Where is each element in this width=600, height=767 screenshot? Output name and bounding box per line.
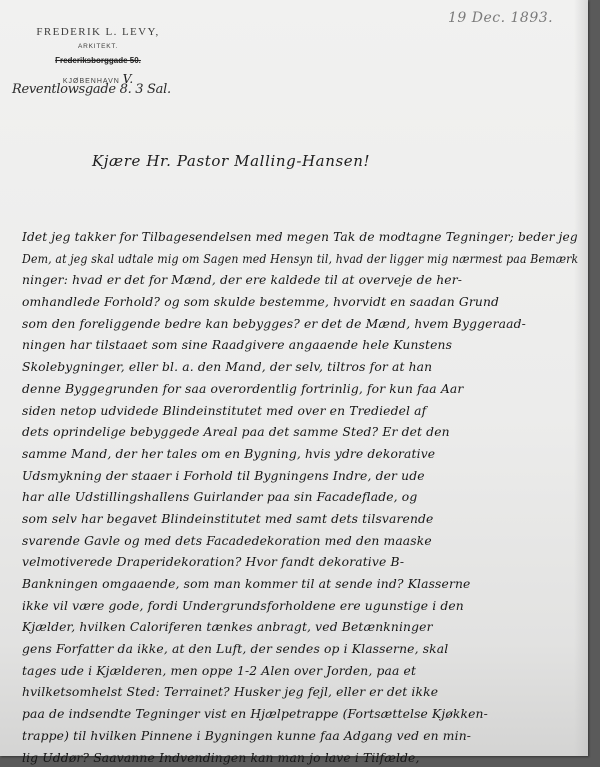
letter-date: 19 Dec. 1893. [448, 10, 553, 26]
letter-line: ikke vil være gode, fordi Undergrundsfor… [22, 595, 578, 617]
letter-body: Idet jeg takker for Tilbagesendelsen med… [22, 226, 582, 767]
letter-line: samme Mand, der her tales om en Bygning,… [22, 443, 578, 465]
salutation: Kjære Hr. Pastor Malling-Hansen! [92, 152, 370, 170]
letter-line: Idet jeg takker for Tilbagesendelsen med… [22, 226, 573, 248]
letter-line: Udsmykning der staaer i Forhold til Bygn… [22, 465, 578, 487]
letter-line: denne Byggegrunden for saa overordentlig… [22, 378, 578, 400]
letter-line: paa de indsendte Tegninger vist en Hjælp… [22, 703, 578, 725]
letter-line: omhandlede Forhold? og som skulde bestem… [22, 291, 578, 313]
letter-line: gens Forfatter da ikke, at den Luft, der… [22, 638, 578, 660]
letter-line: trappe) til hvilken Pinnene i Bygningen … [22, 725, 578, 747]
letter-line: ningen har tilstaaet som sine Raadgivere… [22, 334, 578, 356]
letter-line: som den foreliggende bedre kan bebygges?… [22, 313, 578, 335]
letter-line: Dem, at jeg skal udtale mig om Sagen med… [22, 248, 519, 270]
letter-line: Skolebygninger, eller bl. a. den Mand, d… [22, 356, 578, 378]
letter-line: hvilketsomhelst Sted: Terrainet? Husker … [22, 681, 578, 703]
letter-line: Kjælder, hvilken Caloriferen tænkes anbr… [22, 616, 578, 638]
letterhead-name: FREDERIK L. LEVY, [28, 26, 168, 38]
letter-line: Bankningen omgaaende, som man kommer til… [22, 573, 578, 595]
letter-line: lig Uddør? Saavanne Indvendingen kan man… [22, 747, 578, 767]
letter-line: ninger: hvad er det for Mænd, der ere ka… [22, 269, 578, 291]
letterhead: FREDERIK L. LEVY, ARKITEKT. Frederiksbor… [28, 26, 168, 86]
letter-line: siden netop udvidede Blindeinstitutet me… [22, 400, 578, 422]
letter-line: svarende Gavle og med dets Facadedekorat… [22, 530, 578, 552]
letterhead-street-struck: Frederiksborggade 50. [28, 56, 168, 65]
letter-line: dets oprindelige bebyggede Areal paa det… [22, 421, 578, 443]
handwritten-address: Reventlowsgade 8. 3 Sal. [12, 82, 171, 97]
letter-line: tages ude i Kjælderen, men oppe 1-2 Alen… [22, 660, 578, 682]
letter-page: FREDERIK L. LEVY, ARKITEKT. Frederiksbor… [0, 0, 588, 756]
letter-line: velmotiverede Draperidekoration? Hvor fa… [22, 551, 578, 573]
letter-line: som selv har begavet Blindeinstitutet me… [22, 508, 578, 530]
letter-line: har alle Udstillingshallens Guirlander p… [22, 486, 578, 508]
letterhead-title: ARKITEKT. [28, 43, 168, 50]
